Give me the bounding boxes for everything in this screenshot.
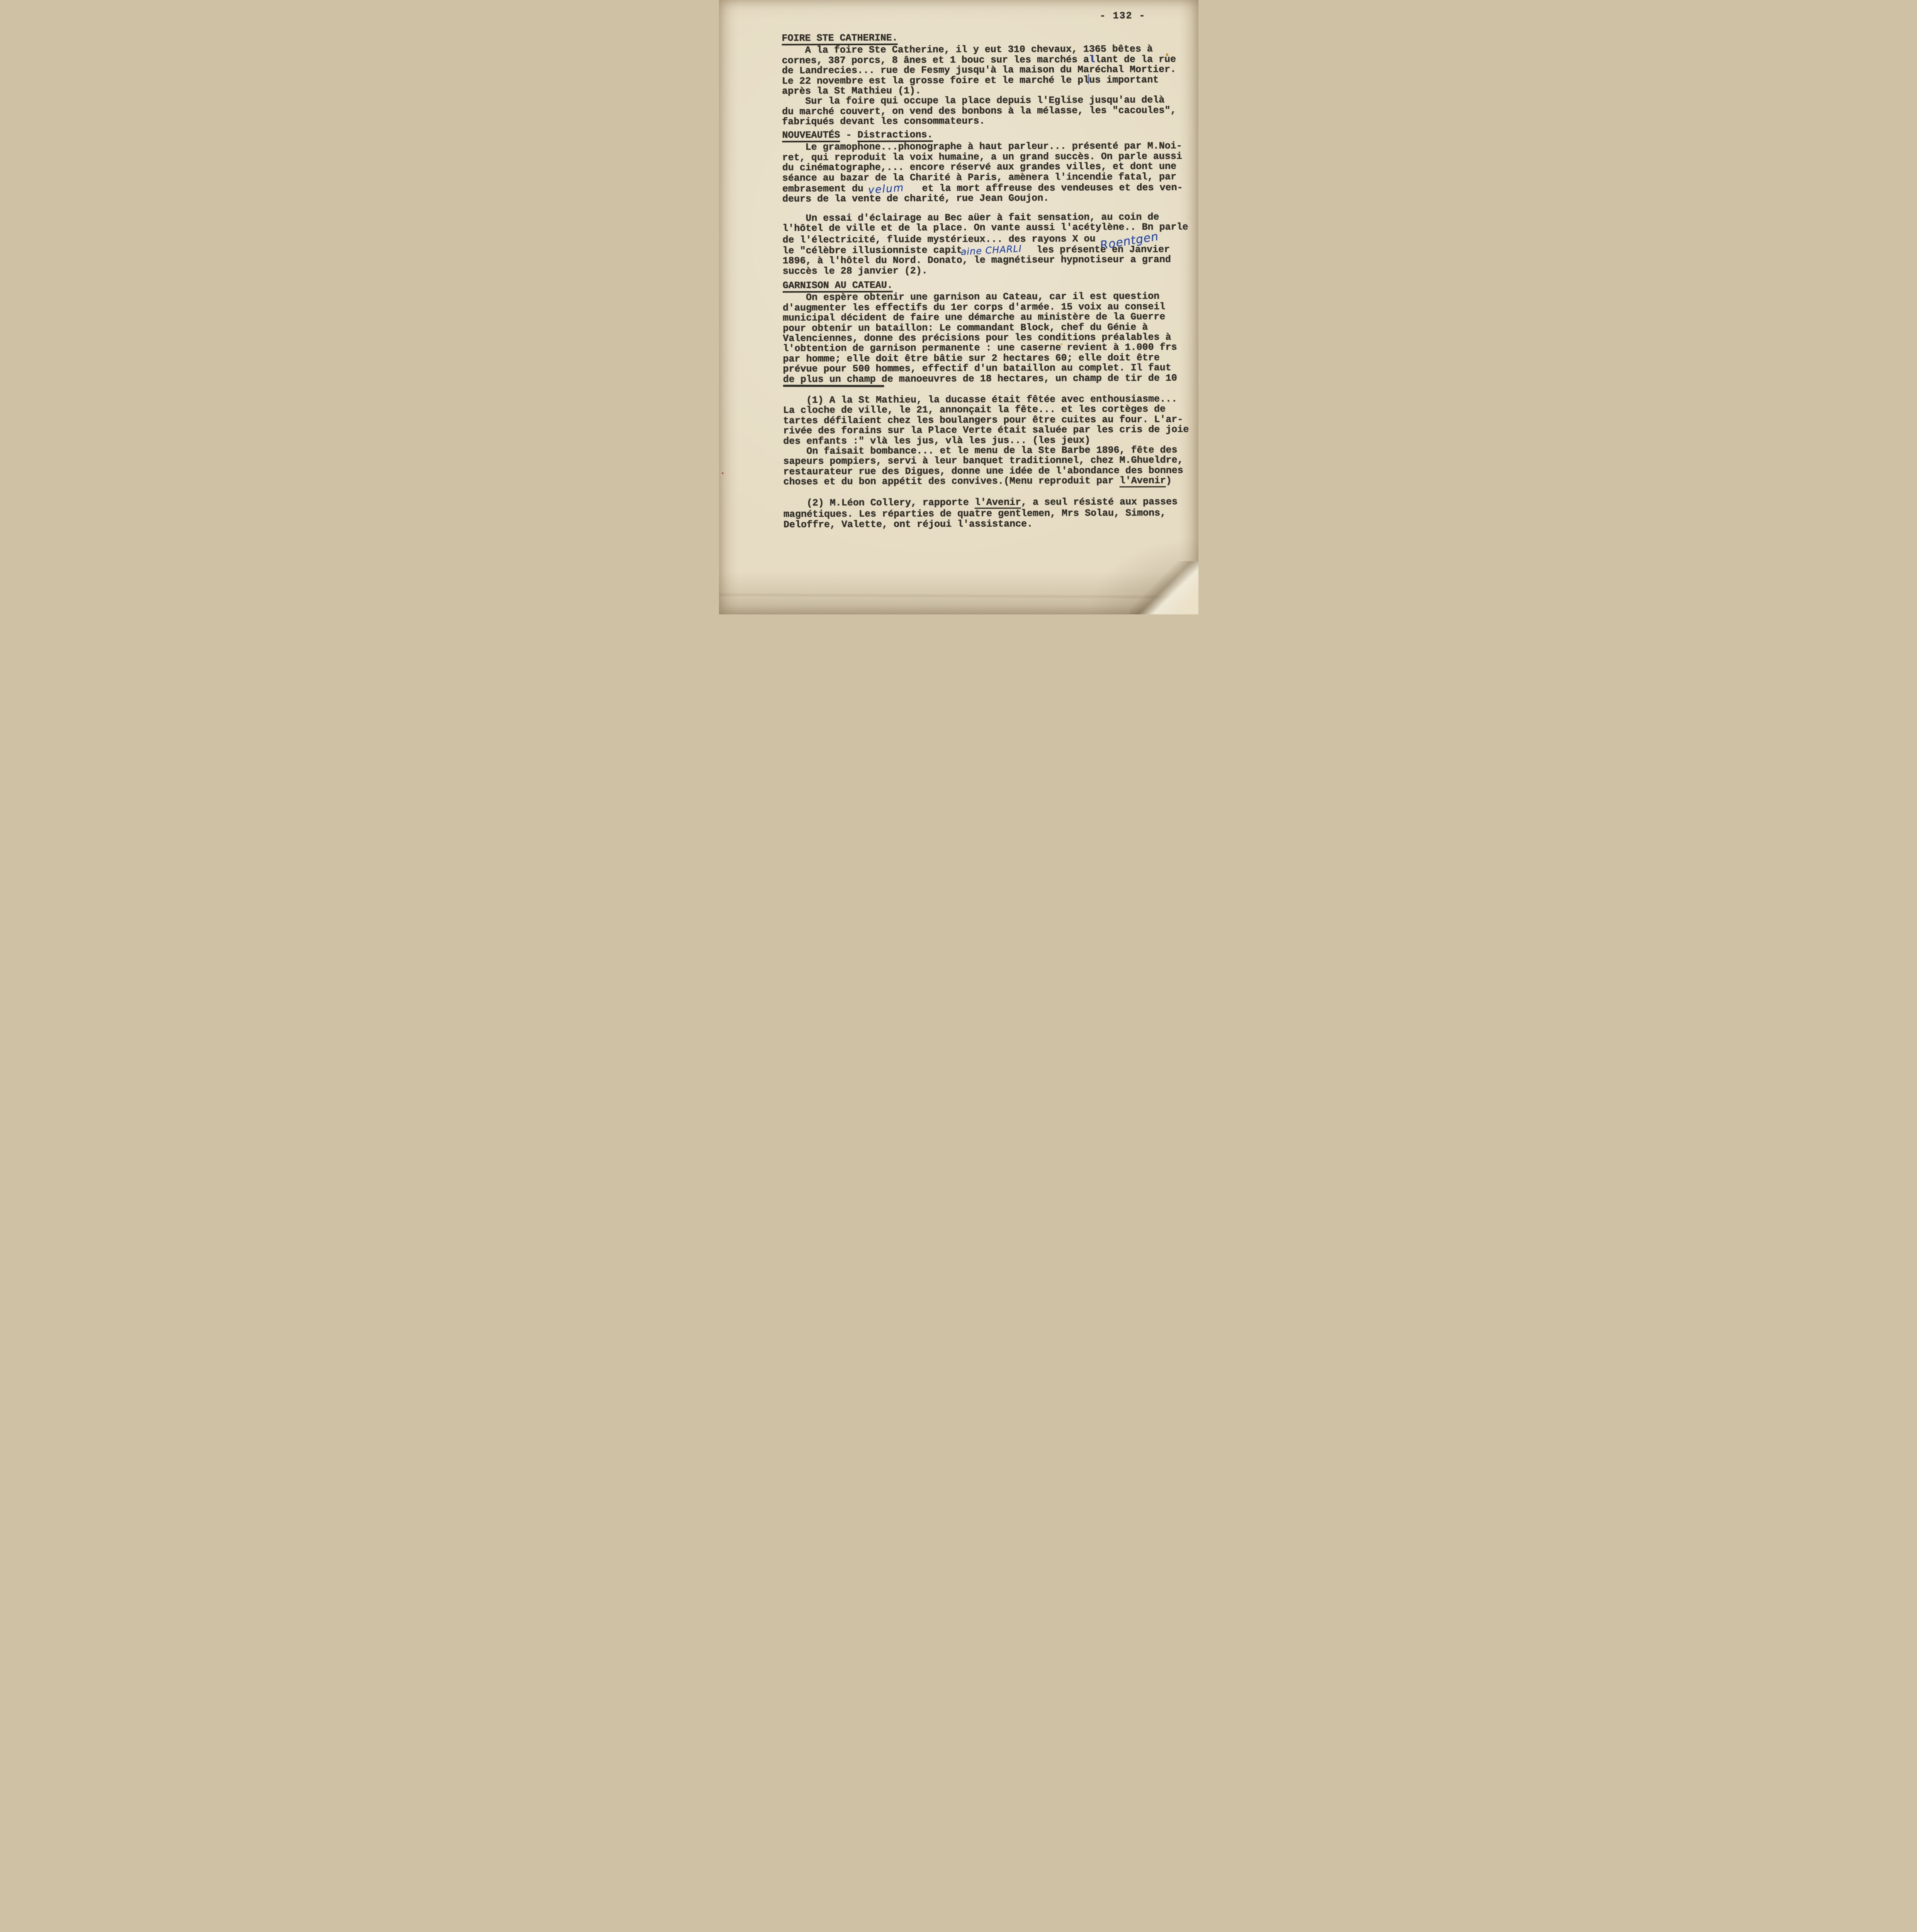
footnote-separator: [783, 385, 884, 387]
text-line: séance au bazar de la Charité à Paris, a…: [782, 172, 1186, 184]
text-line: de plus un champ de manoeuvres de 18 hec…: [783, 373, 1187, 385]
typed-text: ): [1166, 475, 1171, 486]
footnote-2: (2) M.Léon Collery, rapporte l'Avenir, a…: [783, 497, 1187, 530]
paper-speck: [1166, 53, 1168, 56]
page-content: - 132 - FOIRE STE CATHERINE. A la foire …: [719, 0, 1198, 614]
text-line: choses et du bon appétit des convives.(M…: [783, 476, 1187, 488]
underlined-journal-name: l'Avenir: [1119, 476, 1166, 487]
heading-underlined-text: NOUVEAUTÉS: [782, 130, 840, 143]
heading-separator: -: [840, 129, 857, 141]
paper-speck: [722, 472, 724, 474]
section-garnison-au-cateau: GARNISON AU CATEAU. On espère obtenir un…: [782, 279, 1187, 385]
footnote-1: (1) A la St Mathieu, la ducasse était fê…: [783, 394, 1187, 488]
typed-text: choses et du bon appétit des convives.(M…: [783, 475, 1119, 488]
text-line: de l'électricité, fluide mystérieux... d…: [782, 233, 1186, 245]
heading-underlined-text: Distractions.: [857, 130, 933, 142]
typed-text: et la mort affreuse des vendeuses et des…: [922, 182, 1183, 194]
text-line: Deloffre, Valette, ont réjoui l'assistan…: [783, 519, 1187, 530]
text-line: l'hôtel de ville et de la place. On vant…: [782, 222, 1186, 234]
text-line: fabriqués devant les consommateurs.: [782, 116, 1186, 127]
underlined-journal-name: l'Avenir: [974, 497, 1021, 509]
typed-text: (2) M.Léon Collery, rapporte: [806, 497, 974, 509]
section-foire-ste-catherine: FOIRE STE CATHERINE. A la foire Ste Cath…: [782, 32, 1186, 127]
heading-underlined-text: FOIRE STE CATHERINE.: [782, 33, 897, 46]
text-line: deurs de la vente de charité, rue Jean G…: [782, 193, 1186, 204]
text-line: succès le 28 janvier (2).: [782, 265, 1186, 277]
typed-text: Le 22 novembre est la grosse foire et le…: [782, 74, 1158, 87]
typed-text: , a seul résisté aux passes: [1021, 496, 1177, 508]
page-number: - 132 -: [1100, 11, 1145, 21]
scanned-document-page: - 132 - FOIRE STE CATHERINE. A la foire …: [719, 0, 1198, 614]
section-nouveautes-distractions: NOUVEAUTÉS - Distractions. Le gramophone…: [782, 129, 1186, 277]
paper-speck: [1060, 343, 1063, 345]
heading-underlined-text: GARNISON AU CATEAU.: [782, 281, 892, 293]
text-line: rivée des forains sur la Place Verte éta…: [783, 425, 1187, 436]
blue-ink-overstrike-letter: l: [1089, 54, 1094, 65]
typed-text: lant de la rue: [1094, 54, 1176, 65]
stray-ink-mark: [1088, 74, 1089, 84]
typed-text: de l'électricité, fluide mystérieux... d…: [782, 233, 1095, 245]
text-line: Le 22 novembre est la grosse foire et le…: [782, 75, 1186, 87]
text-line: 1896, à l'hôtel du Nord. Donato, le magn…: [782, 255, 1186, 266]
typed-text: embrasement du: [782, 183, 863, 195]
